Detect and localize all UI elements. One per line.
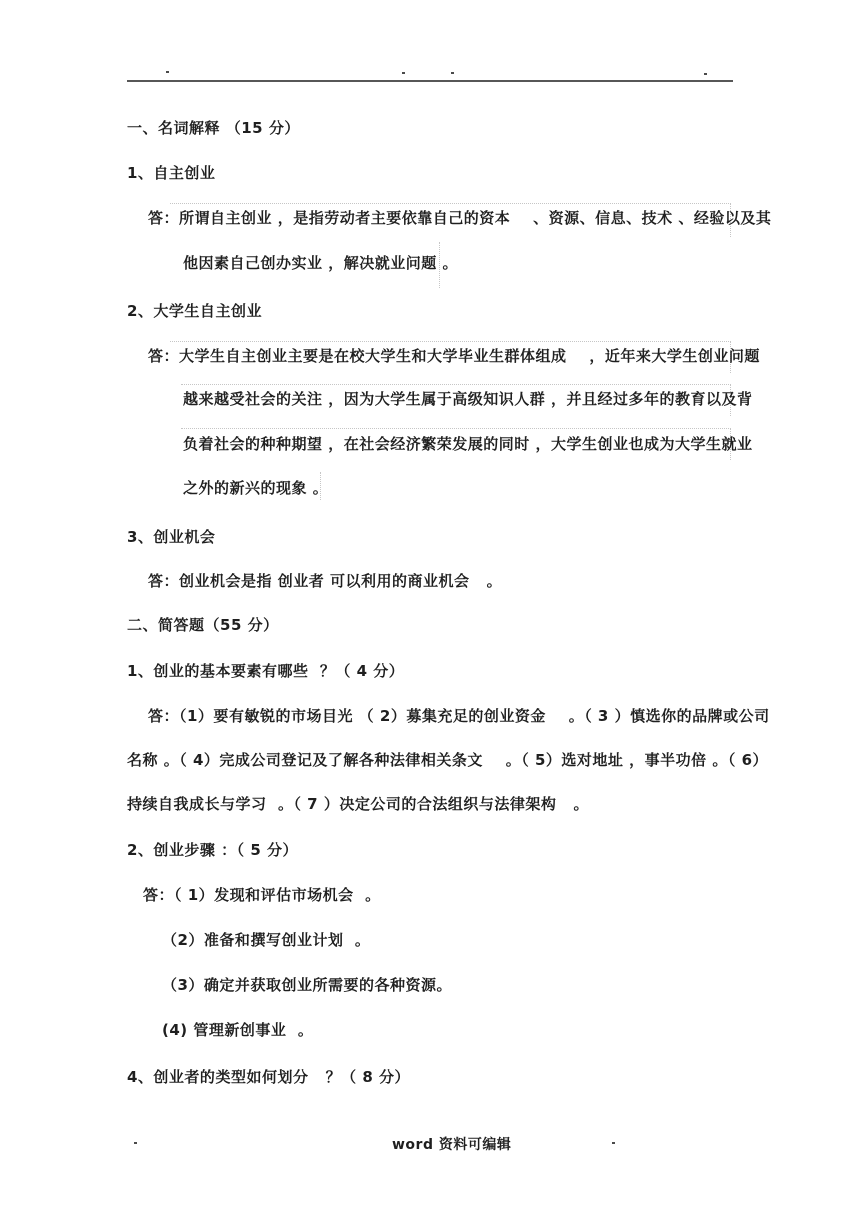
question1-answer-line1: 答：所谓自主创业 ，是指劳动者主要依靠自己的资本 、资源、信息、技术 、经验以及… xyxy=(148,209,771,228)
question2-answer-line4: 之外的新兴的现象 。 xyxy=(183,479,328,498)
question2-answer-line3: 负着社会的种种期望 ，在社会经济繁荣发展的同时 ，大学生创业也成为大学生就业 xyxy=(183,435,752,454)
section2-question4-title: 4、创业者的类型如何划分 ？（ 8 分） xyxy=(127,1068,410,1087)
section2-question2-answer-line4: (4) 管理新创事业 。 xyxy=(162,1021,313,1040)
scan-artifact-dot xyxy=(612,1142,615,1144)
question1-answer-line2: 他因素自己创办实业 ，解决就业问题 。 xyxy=(183,254,458,273)
document-page: 一、名词解释 （15 分） 1、自主创业 答：所谓自主创业 ，是指劳动者主要依靠… xyxy=(0,0,860,1218)
scan-artifact-dot xyxy=(166,71,169,73)
question3-title: 3、创业机会 xyxy=(127,528,215,547)
section1-heading: 一、名词解释 （15 分） xyxy=(127,119,300,138)
section2-heading: 二、简答题（55 分） xyxy=(127,616,279,635)
header-rule xyxy=(127,80,733,82)
question3-answer-line1: 答：创业机会是指 创业者 可以利用的商业机会 。 xyxy=(148,572,502,591)
section2-question1-answer-line2: 名称 。（ 4）完成公司登记及了解各种法律相关条文 。（ 5）选对地址 ，事半功… xyxy=(127,751,768,770)
section2-question2-answer-line1: 答：（ 1）发现和评估市场机会 。 xyxy=(143,886,381,905)
scan-artifact-dot xyxy=(134,1142,137,1144)
section2-question2-answer-line2: （2）准备和撰写创业计划 。 xyxy=(162,931,370,950)
scan-artifact-dot xyxy=(451,72,454,74)
footer-text: word 资料可编辑 xyxy=(392,1134,511,1154)
section2-question2-answer-line3: （3）确定并获取创业所需要的各种资源。 xyxy=(162,976,452,995)
section2-question1-answer-line1: 答：（1）要有敏锐的市场目光 （ 2）募集充足的创业资金 。（ 3 ）慎选你的品… xyxy=(148,707,770,726)
section2-question2-title: 2、创业步骤 ：（ 5 分） xyxy=(127,841,298,860)
question2-answer-line1: 答：大学生自主创业主要是在校大学生和大学毕业生群体组成 ，近年来大学生创业问题 xyxy=(148,347,760,366)
question2-title: 2、大学生自主创业 xyxy=(127,302,262,321)
section2-question1-answer-line3: 持续自我成长与学习 。（ 7 ）决定公司的合法组织与法律架构 。 xyxy=(127,795,589,814)
question1-title: 1、自主创业 xyxy=(127,164,215,183)
section2-question1-title: 1、创业的基本要素有哪些 ？（ 4 分） xyxy=(127,662,404,681)
scan-artifact-dot xyxy=(402,72,405,74)
scan-artifact-dot xyxy=(704,73,707,75)
question2-answer-line2: 越来越受社会的关注 ，因为大学生属于高级知识人群 ，并且经过多年的教育以及背 xyxy=(183,390,752,409)
